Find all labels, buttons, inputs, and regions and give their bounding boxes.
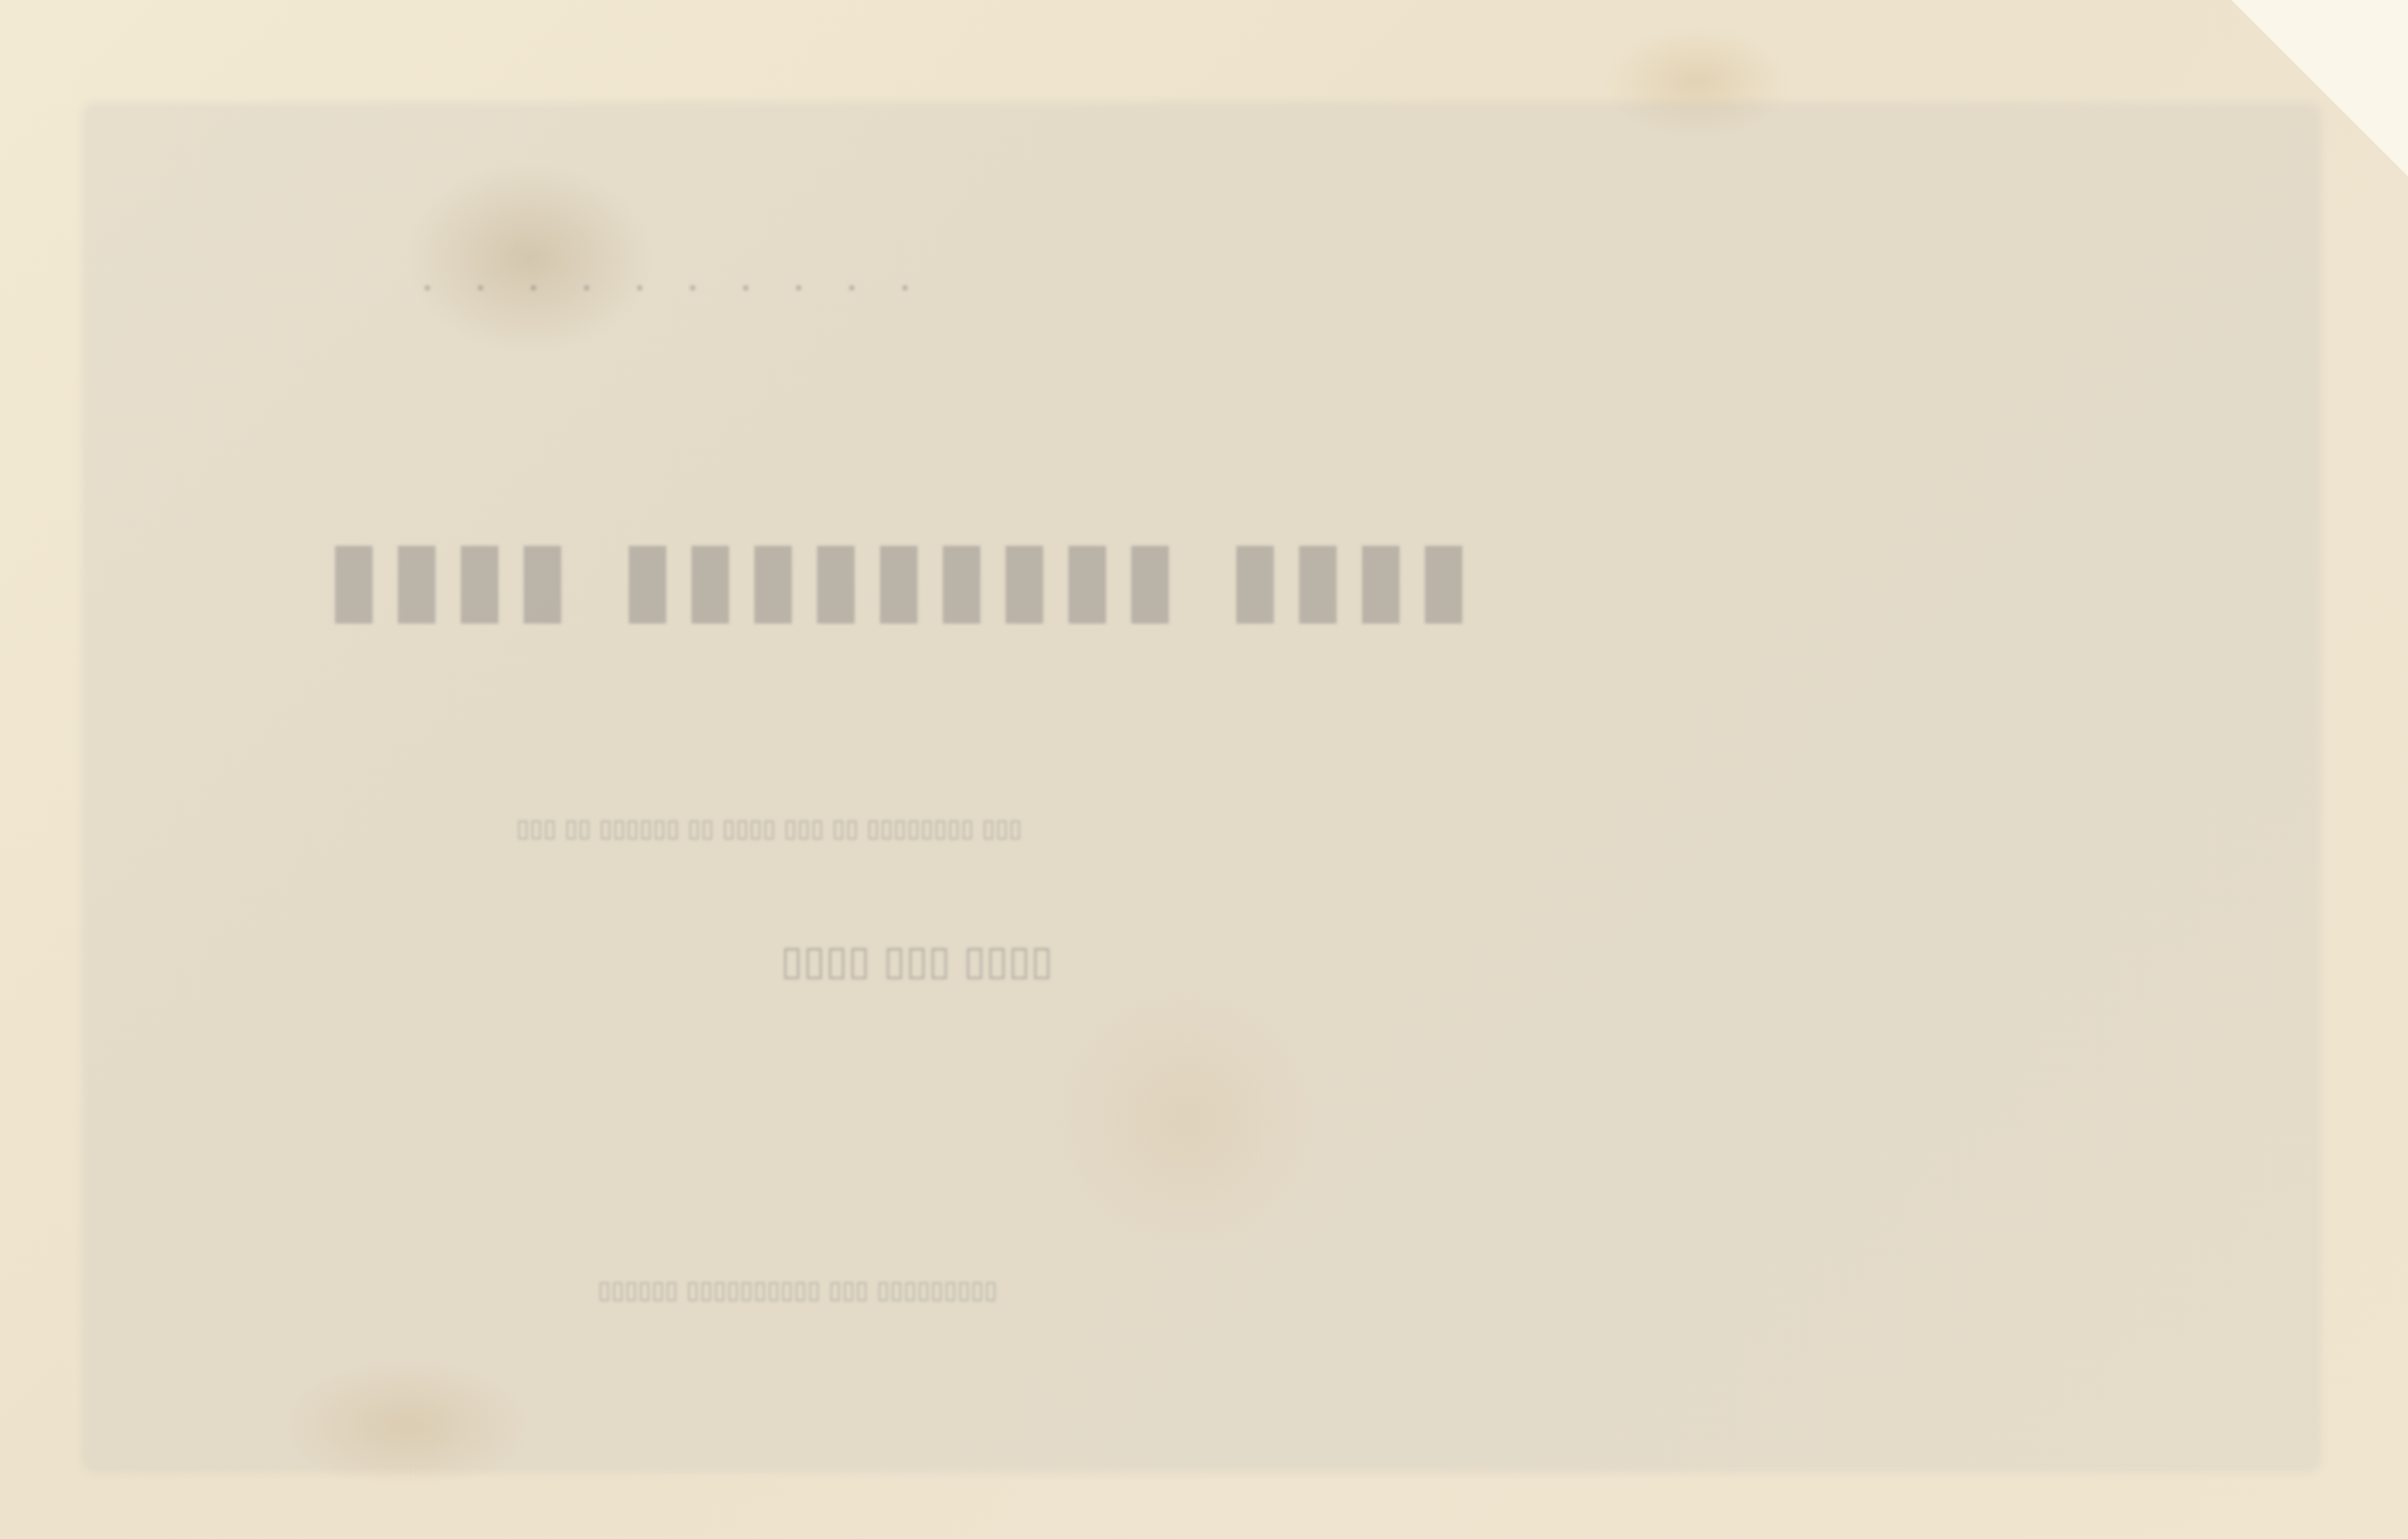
ghost-line-1: ▯▯▯ ▯▯▯▯▯▯▯▯ ▯▯ ▯▯▯ ▯▯▯▯ ▯▯ ▯▯▯▯▯▯ ▯▯ ▯▯… [516, 815, 1022, 842]
ghost-top-line: · · · · · · · · · · [407, 265, 911, 312]
corner-crease [2231, 0, 2408, 177]
ghost-headline: ▮▮▮▮ ▮▮▮▮▮▮▮▮▮ ▮▮▮▮ [319, 516, 1472, 635]
ghost-line-2: ▯▯▯▯ ▯▯▯ ▯▯▯▯ [781, 937, 1053, 984]
ghost-line-3: ▯▯▯▯▯▯▯▯▯ ▯▯▯ ▯▯▯▯▯▯▯▯▯▯ ▯▯▯▯▯▯ [597, 1276, 997, 1304]
